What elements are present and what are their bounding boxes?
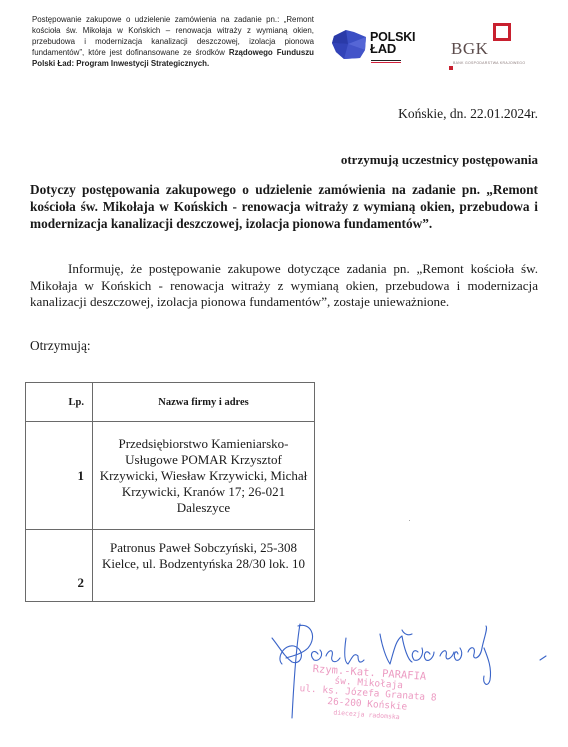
body-text: Informuję, że postępowanie zakupowe doty… [30,261,538,309]
polski-lad-wordmark: POLSKI ŁAD [370,31,415,55]
addressee-line: otrzymują uczestnicy postępowania [341,152,538,168]
subject-paragraph: Dotyczy postępowania zakupowego o udziel… [30,181,538,232]
company-name-address: Przedsiębiorstwo Kamieniarsko-Usługowe P… [93,422,315,530]
row-number: 2 [26,530,93,602]
bgk-square-icon [493,23,511,41]
handwritten-signature [262,618,562,738]
column-header-name: Nazwa firmy i adres [93,383,315,422]
bgk-subtitle: Bank Gospodarstwa Krajowego [453,61,525,65]
company-name-address: Patronus Paweł Sobczyński, 25-308 Kielce… [93,530,315,602]
polski-lad-line2: ŁAD [370,43,415,55]
polski-lad-logo: POLSKI ŁAD [332,24,427,64]
logo-underline-dark [371,60,401,61]
table-row: 1 Przedsiębiorstwo Kamieniarsko-Usługowe… [26,422,315,530]
logo-underline-red [371,62,401,63]
bgk-dot-icon [449,66,453,70]
bgk-logo: BGK Bank Gospodarstwa Krajowego [448,22,548,70]
column-header-lp: Lp. [26,383,93,422]
recipients-label: Otrzymują: [30,338,91,354]
body-paragraph: Informuję, że postępowanie zakupowe doty… [30,261,538,311]
table-row: 2 Patronus Paweł Sobczyński, 25-308 Kiel… [26,530,315,602]
recipients-table: Lp. Nazwa firmy i adres 1 Przedsiębiorst… [25,382,315,602]
poland-map-icon [332,28,368,60]
scan-speck [409,520,410,521]
row-number: 1 [26,422,93,530]
place-date: Końskie, dn. 22.01.2024r. [398,106,538,122]
bgk-wordmark: BGK [451,39,488,59]
table-header-row: Lp. Nazwa firmy i adres [26,383,315,422]
funding-header-text: Postępowanie zakupowe o udzielenie zamów… [32,14,314,69]
